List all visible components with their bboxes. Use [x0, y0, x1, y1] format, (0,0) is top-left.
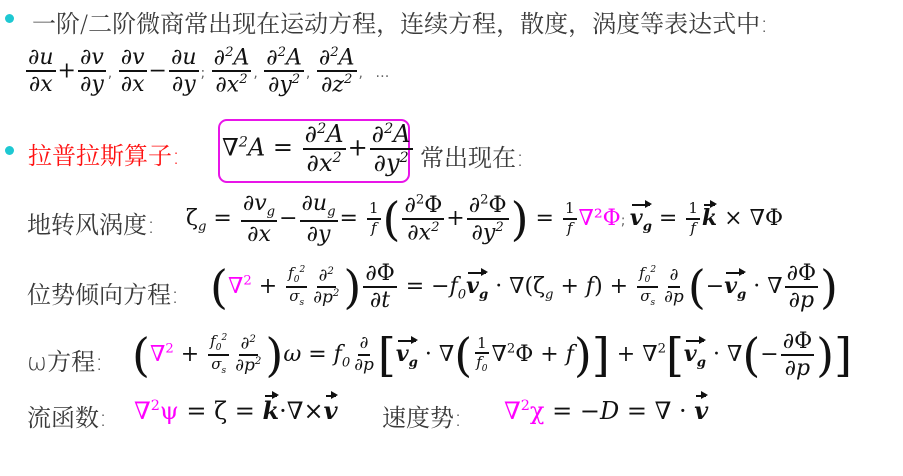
velocity-potential-formula: ∇2χ = −D = ∇ · v: [504, 396, 708, 425]
bullet-icon: [5, 14, 14, 23]
velocity-potential-label: 速度势:: [382, 398, 462, 433]
geostrophic-vorticity-label: 地转风涡度:: [27, 205, 155, 240]
geopotential-tendency-formula: (∇2 + f02σs∂2∂p2)∂Φ∂t = −f0vg · ∇(ζg + f…: [210, 262, 838, 312]
laplacian-formula: ∇2A = ∂2A∂x2+∂2A∂y2: [222, 122, 415, 176]
omega-equation-formula: (∇2 + f02σs∂2∂p2)ω = f0∂∂p[vg · ∇(1f0∇2Φ…: [132, 330, 852, 380]
intro-text: 一阶/二阶微商常出现在运动方程，连续方程，散度，涡度等表达式中:: [32, 4, 768, 39]
streamfunction-formula: ∇2ψ = ζ = k·∇×v: [134, 396, 338, 425]
bullet-icon: [5, 146, 14, 155]
streamfunction-label: 流函数:: [27, 398, 107, 433]
geopotential-tendency-label: 位势倾向方程:: [27, 275, 179, 310]
laplacian-suffix: 常出现在:: [420, 138, 524, 173]
omega-equation-label: ω方程:: [27, 342, 103, 377]
highlight-laplacian-phi: ∇²Φ: [579, 206, 621, 231]
geostrophic-vorticity-formula: ζg = ∂vg∂x−∂ug∂y= 1f(∂2Φ∂x2+∂2Φ∂y2) = 1f…: [186, 192, 783, 246]
derivative-examples: ∂u∂x+∂v∂y, ∂v∂x−∂u∂y; ∂2A∂x2, ∂2A∂y2, ∂2…: [24, 46, 389, 97]
laplacian-title: 拉普拉斯算子:: [28, 136, 180, 171]
